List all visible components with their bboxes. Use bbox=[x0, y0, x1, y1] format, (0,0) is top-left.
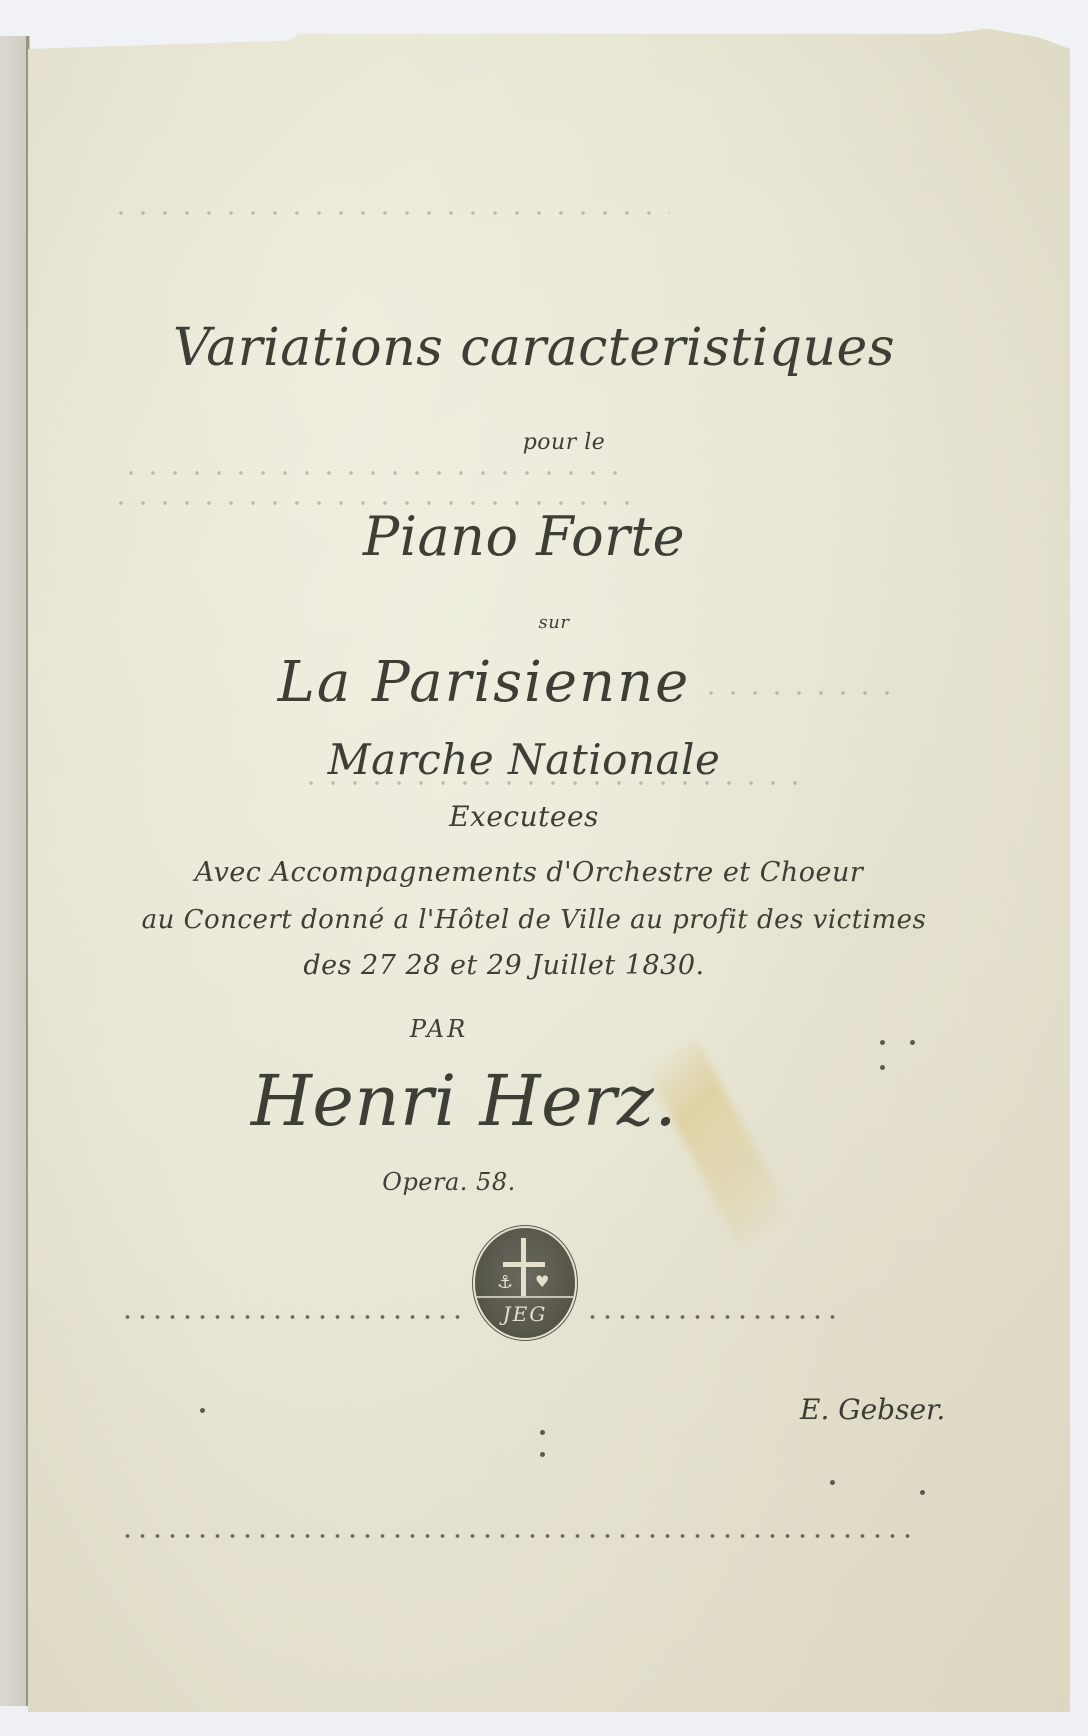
cross-icon bbox=[521, 1238, 526, 1296]
anchor-icon: ⚓ bbox=[497, 1272, 513, 1293]
bleed-through-dots bbox=[585, 1314, 835, 1320]
title-pour-le: pour le bbox=[20, 430, 1088, 455]
title-sur: sur bbox=[10, 612, 1088, 633]
ink-speck bbox=[540, 1452, 545, 1457]
title-instrument: Piano Forte bbox=[0, 505, 1068, 568]
oval-monogram-seal-icon: ⚓ ♥ JEG bbox=[475, 1228, 575, 1338]
cross-bar bbox=[503, 1262, 545, 1267]
heart-icon: ♥ bbox=[535, 1272, 549, 1291]
opus-number: Opera. 58. bbox=[0, 1168, 993, 1196]
title-executees: Executees bbox=[0, 800, 1068, 833]
author-name: Henri Herz. bbox=[0, 1060, 1008, 1142]
title-concert: au Concert donné a l'Hôtel de Ville au p… bbox=[0, 905, 1078, 935]
seal-initials: JEG bbox=[475, 1302, 575, 1326]
ink-speck bbox=[200, 1408, 205, 1413]
scan-background: Variations caracteristiques pour le Pian… bbox=[0, 0, 1088, 1736]
bleed-through-dots bbox=[120, 1314, 470, 1320]
title-work: La Parisienne bbox=[0, 650, 1028, 715]
ink-speck bbox=[920, 1490, 925, 1495]
title-dates: des 27 28 et 29 Juillet 1830. bbox=[0, 950, 1048, 981]
title-heading: Variations caracteristiques bbox=[0, 318, 1078, 378]
title-subtitle: Marche Nationale bbox=[0, 735, 1068, 784]
copyist-signature: E. Gebser. bbox=[800, 1393, 945, 1426]
title-par: PAR bbox=[0, 1015, 983, 1043]
ink-speck bbox=[830, 1480, 835, 1485]
ink-speck bbox=[540, 1430, 545, 1435]
bleed-through-dots bbox=[120, 470, 620, 476]
seal-divider bbox=[475, 1296, 575, 1298]
bleed-through-dots bbox=[110, 210, 670, 216]
bleed-through-dots bbox=[120, 1533, 920, 1539]
title-accompaniment: Avec Accompagnements d'Orchestre et Choe… bbox=[0, 857, 1073, 888]
